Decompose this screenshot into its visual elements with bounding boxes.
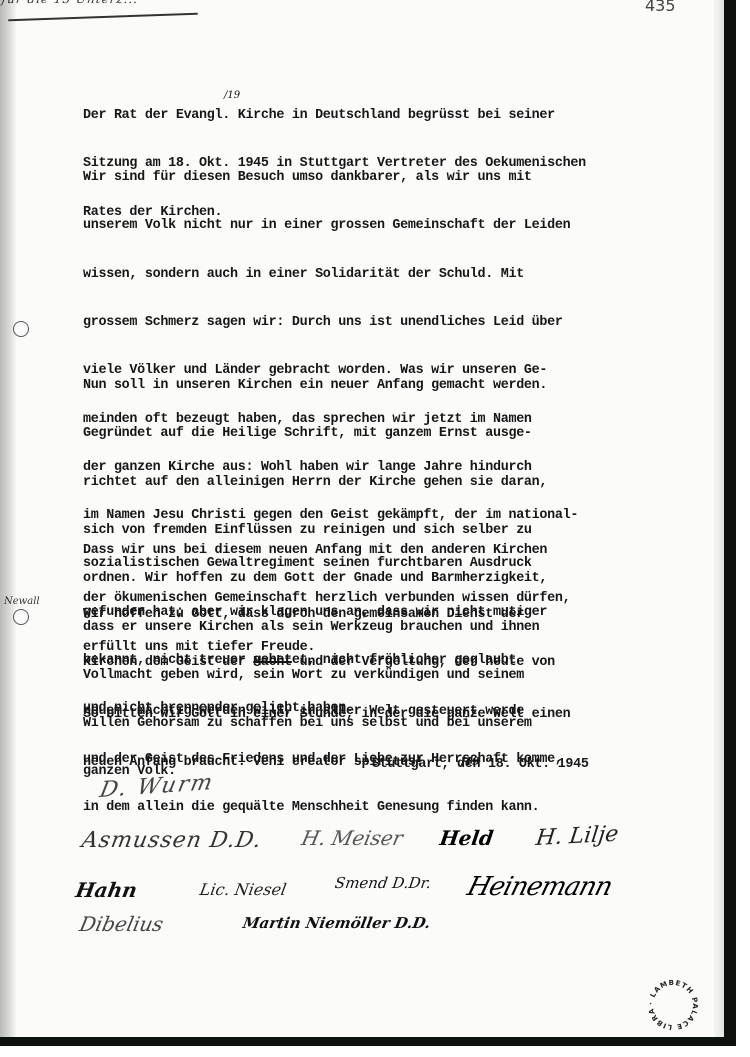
text-line: Gegründet auf die Heilige Schrift, mit g… bbox=[83, 426, 723, 442]
text-line: Wir sind für diesen Besuch umso dankbare… bbox=[83, 170, 723, 186]
struck-word: Macht bbox=[253, 655, 292, 670]
text-line: Der Rat der Evangl. Kirche in Deutschlan… bbox=[83, 108, 723, 124]
handwritten-underline bbox=[8, 13, 198, 22]
library-stamp: · LAMBETH PALACE LIBRARY · bbox=[644, 976, 702, 1034]
text-line: Nun soll in unseren Kirchen ein neuer An… bbox=[83, 378, 723, 394]
signature: Martin Niemöller D.D. bbox=[241, 914, 431, 932]
handwritten-date-correction: /19 bbox=[461, 755, 479, 768]
signature: Lic. Niesel bbox=[198, 880, 288, 899]
signature: Smend D.Dr. bbox=[334, 874, 433, 892]
punch-hole bbox=[13, 321, 29, 337]
signature: Heinemann bbox=[464, 872, 615, 902]
text-line: So bitten wir Gott in einer Stunde, in d… bbox=[83, 707, 723, 723]
place-and-date: Stuttgart, den 18. Okt. 1945 /19 bbox=[341, 742, 589, 802]
library-stamp-icon: · LAMBETH PALACE LIBRARY · bbox=[644, 976, 702, 1034]
page-left-edge-shadow bbox=[0, 0, 16, 1037]
text-line: Dass wir uns bei diesem neuen Anfang mit… bbox=[83, 543, 723, 559]
text-line: wissen, sondern auch in einer Solidaritä… bbox=[83, 267, 723, 283]
document-page: für die 15 Unterz... 435 Newall Der Rat … bbox=[0, 0, 736, 1046]
text-line: richtet auf den alleinigen Herrn der Kir… bbox=[83, 475, 723, 491]
text-line: Wir hoffen zu Gott, dass durch den gemei… bbox=[83, 607, 723, 623]
place-date-text: Stuttgart, den 18. Okt. 1945 bbox=[372, 757, 589, 772]
text-line: grossem Schmerz sagen wir: Durch uns ist… bbox=[83, 315, 723, 331]
handwritten-top-note: für die 15 Unterz... bbox=[1, 0, 140, 6]
text-line: unserem Volk nicht nur in einer grossen … bbox=[83, 218, 723, 234]
stamp-text: · LAMBETH PALACE LIBRARY · bbox=[644, 976, 699, 1031]
signature: Dibelius bbox=[77, 912, 165, 936]
punch-hole bbox=[13, 609, 29, 625]
handwritten-date-correction: /19 bbox=[224, 90, 240, 101]
signature: Hahn bbox=[74, 878, 139, 902]
page-number: 435 bbox=[645, 0, 676, 15]
handwritten-margin-note: Newall bbox=[4, 596, 40, 607]
text-line-with-strikethrough: Kirchen dem Geist der Macht und der Verg… bbox=[83, 655, 723, 671]
